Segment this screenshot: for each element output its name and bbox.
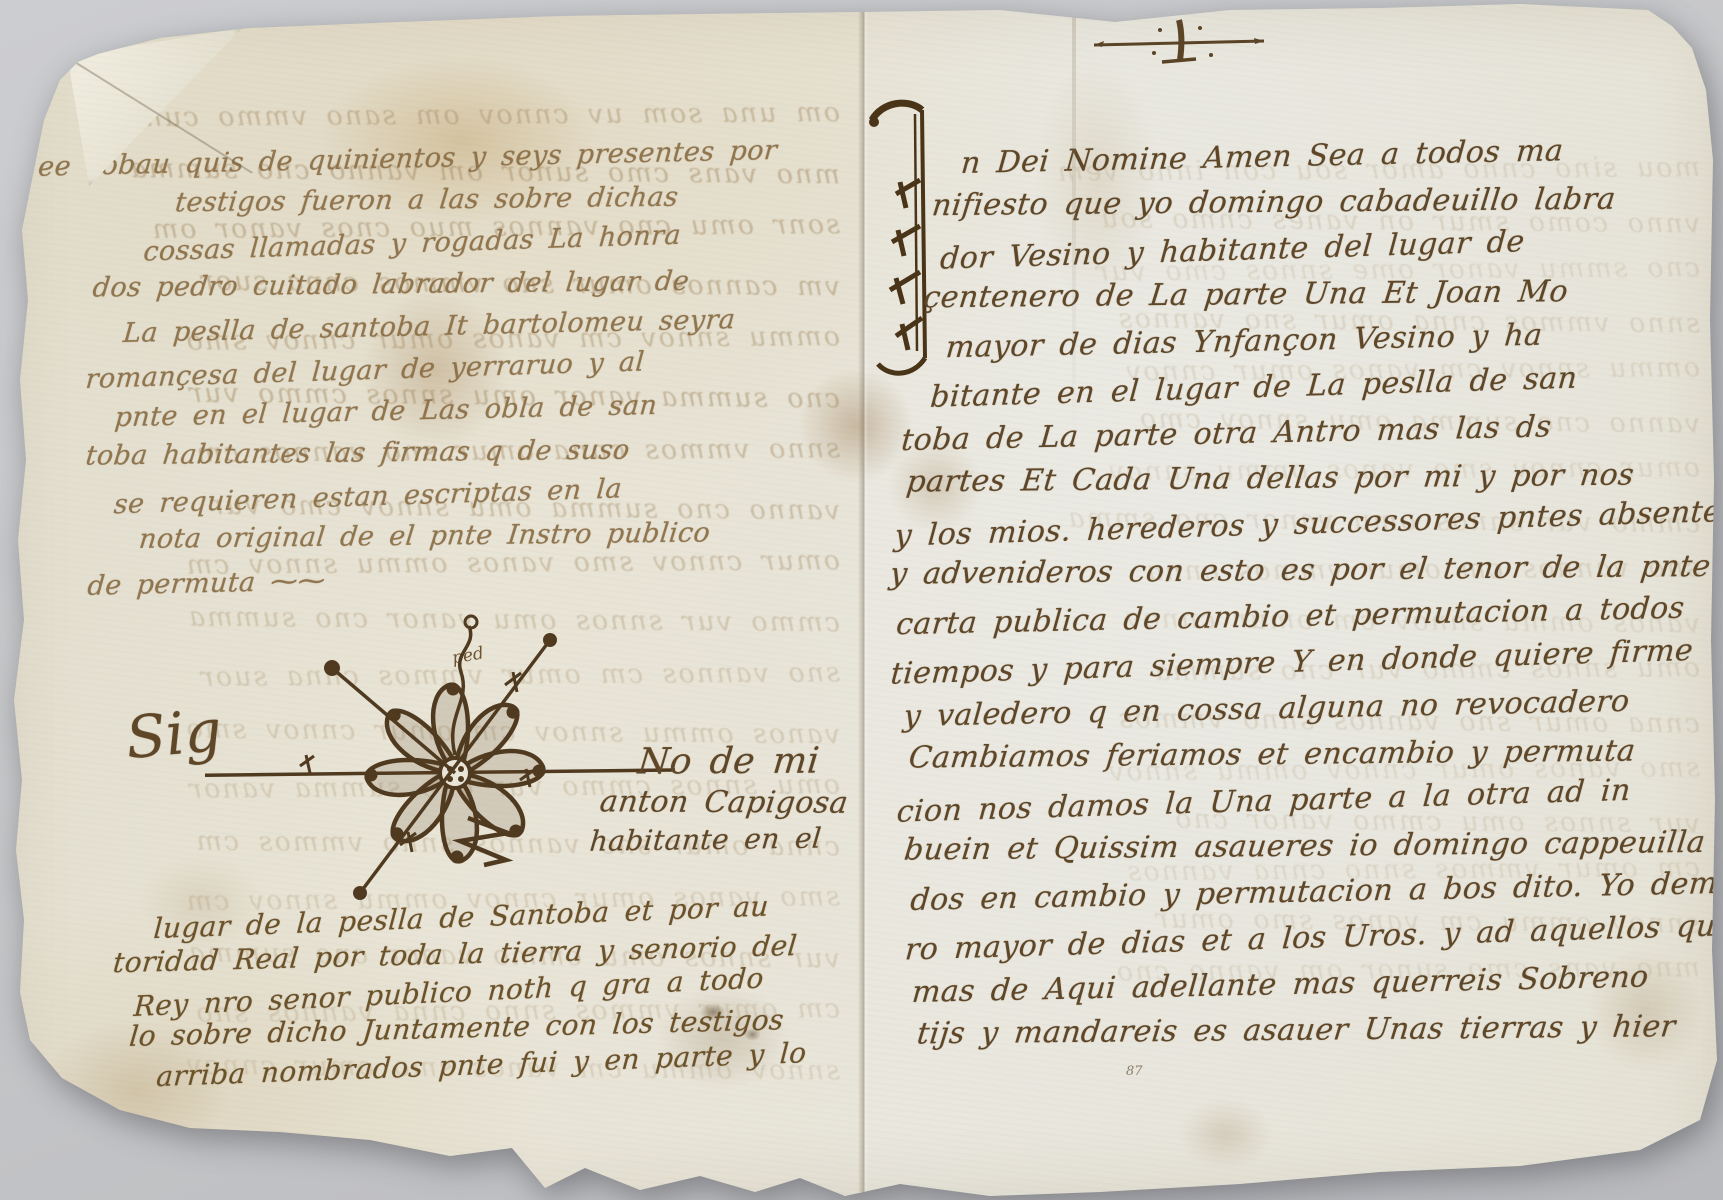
center-fold — [858, 8, 868, 1192]
manuscript-line: tijs y mandareis es asauer Unas tierras … — [915, 1004, 1700, 1058]
right-page: mou sino cnno amor sou con inno vemvnno … — [862, 0, 1718, 1200]
invocation-cross-icon — [1090, 12, 1270, 70]
manuscript-line: habitante en el — [588, 820, 850, 860]
left-page-top-text: ee cobau quis de quinientos y seys prese… — [24, 131, 822, 607]
left-page: om una som uv cnnov om sano vmmo cunmno … — [0, 0, 860, 1200]
manuscript-line: No de mi — [636, 739, 850, 784]
page-number-note: 87 — [1126, 1064, 1143, 1079]
manuscript-shadow-wrap: om una som uv cnnov om sano vmmo cunmno … — [0, 0, 1723, 1200]
right-page-text: n Dei Nomine Amen Sea a todos manifiesto… — [873, 128, 1697, 1061]
manuscript-line: anton Capigosa — [598, 783, 851, 823]
right-page-crease — [1072, 8, 1076, 438]
photo-background: om una som uv cnnov om sano vmmo cunmno … — [0, 0, 1723, 1200]
left-page-bottom-text: lugar de la peslla de Santoba et por aut… — [93, 886, 868, 1095]
sig-attestation-text: No de mianton Capigosahabitante en el — [596, 740, 848, 858]
manuscript-bifolium: om una som uv cnnov om sano vmmo cunmno … — [0, 0, 1723, 1200]
